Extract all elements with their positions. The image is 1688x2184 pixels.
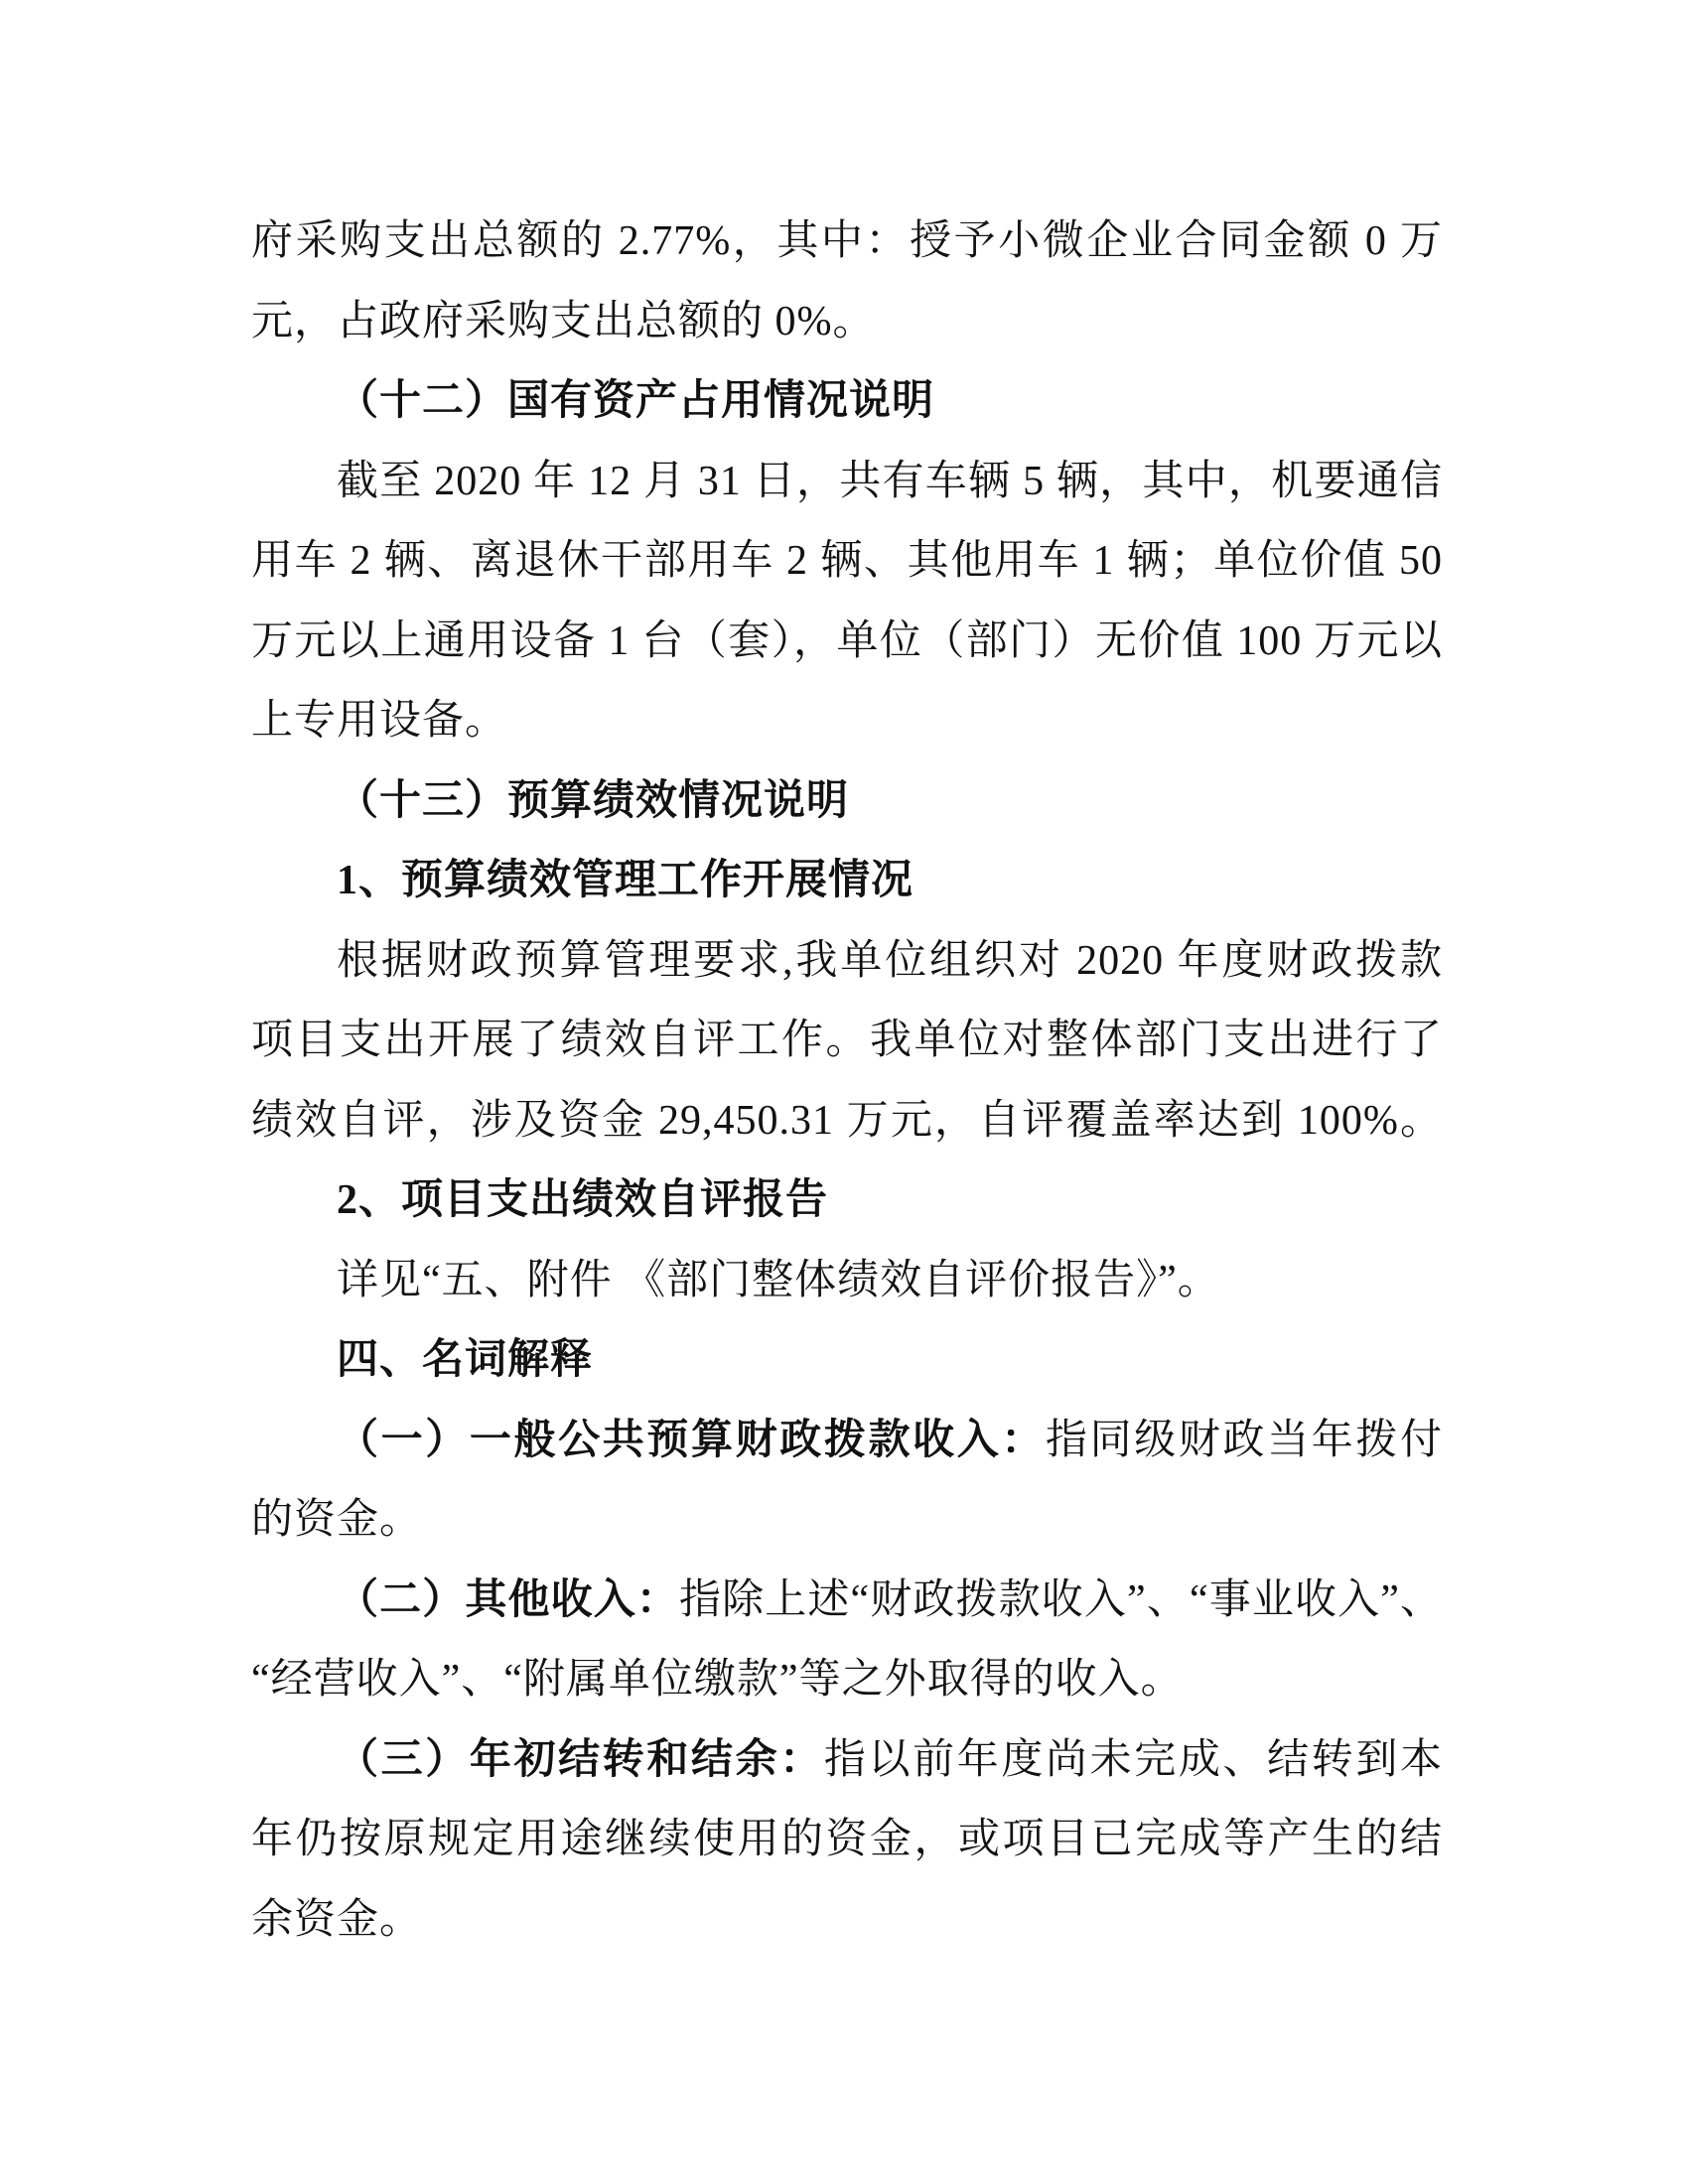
text-segment: 截至 2020 年 12 月 31 日，共有车辆 5 辆，其中，机要通信: [337, 459, 1443, 504]
text-segment: 项目支出开展了绩效自评工作。我单位对整体部门支出进行了: [251, 1018, 1443, 1063]
text-line: （一）一般公共预算财政拨款收入：指同级财政当年拨付: [251, 1401, 1443, 1481]
text-line: 截至 2020 年 12 月 31 日，共有车辆 5 辆，其中，机要通信: [251, 442, 1443, 522]
text-segment: （一）一般公共预算财政拨款收入：: [337, 1418, 1046, 1463]
text-line: 府采购支出总额的 2.77%，其中：授予小微企业合同金额 0 万: [251, 202, 1443, 282]
text-segment: 万元以上通用设备 1 台（套），单位（部门）无价值 100 万元以: [251, 618, 1443, 664]
text-segment: 指以前年度尚未完成、结转到本: [824, 1737, 1443, 1783]
text-segment: 根据财政预算管理要求,我单位组织对 2020 年度财政拨款: [337, 938, 1443, 984]
text-segment: “经营收入”、“附属单位缴款”等之外取得的收入。: [251, 1657, 1184, 1703]
section-heading: （十二）国有资产占用情况说明: [251, 361, 1443, 442]
text-line: 元，占政府采购支出总额的 0%。: [251, 282, 1443, 362]
text-block: 府采购支出总额的 2.77%，其中：授予小微企业合同金额 0 万元，占政府采购支…: [251, 202, 1443, 1960]
text-segment: （二）其他收入：: [337, 1577, 679, 1623]
text-line: 的资金。: [251, 1480, 1443, 1561]
section-heading: 2、项目支出绩效自评报告: [251, 1160, 1443, 1241]
text-segment: （十二）国有资产占用情况说明: [337, 378, 934, 424]
text-line: 用车 2 辆、离退休干部用车 2 辆、其他用车 1 辆；单位价值 50: [251, 521, 1443, 602]
section-heading: 1、预算绩效管理工作开展情况: [251, 841, 1443, 921]
text-segment: 1、预算绩效管理工作开展情况: [337, 858, 914, 903]
text-line: 余资金。: [251, 1880, 1443, 1961]
text-line: 万元以上通用设备 1 台（套），单位（部门）无价值 100 万元以: [251, 602, 1443, 682]
text-segment: 元，占政府采购支出总额的 0%。: [251, 299, 876, 344]
text-segment: 详见“五、附件 《部门整体绩效自评价报告》”。: [337, 1258, 1220, 1303]
text-segment: 指同级财政当年拨付: [1046, 1418, 1443, 1463]
section-heading: （十三）预算绩效情况说明: [251, 761, 1443, 842]
text-line: “经营收入”、“附属单位缴款”等之外取得的收入。: [251, 1640, 1443, 1720]
text-segment: （十三）预算绩效情况说明: [337, 778, 849, 824]
text-segment: 四、名词解释: [337, 1337, 593, 1383]
document-page: 府采购支出总额的 2.77%，其中：授予小微企业合同金额 0 万元，占政府采购支…: [0, 0, 1688, 2184]
text-line: 年仍按原规定用途继续使用的资金，或项目已完成等产生的结: [251, 1800, 1443, 1880]
text-line: 上专用设备。: [251, 681, 1443, 761]
text-segment: 余资金。: [251, 1897, 422, 1943]
text-segment: 2、项目支出绩效自评报告: [337, 1177, 828, 1223]
text-line: 根据财政预算管理要求,我单位组织对 2020 年度财政拨款: [251, 921, 1443, 1002]
text-line: 绩效自评，涉及资金 29,450.31 万元，自评覆盖率达到 100%。: [251, 1081, 1443, 1161]
text-segment: 绩效自评，涉及资金 29,450.31 万元，自评覆盖率达到 100%。: [251, 1098, 1443, 1144]
text-segment: 年仍按原规定用途继续使用的资金，或项目已完成等产生的结: [251, 1817, 1443, 1862]
text-line: 项目支出开展了绩效自评工作。我单位对整体部门支出进行了: [251, 1001, 1443, 1081]
text-line: （二）其他收入：指除上述“财政拨款收入”、“事业收入”、: [251, 1561, 1443, 1641]
text-segment: 上专用设备。: [251, 698, 507, 744]
text-line: 详见“五、附件 《部门整体绩效自评价报告》”。: [251, 1241, 1443, 1321]
text-segment: 府采购支出总额的 2.77%，其中：授予小微企业合同金额 0 万: [251, 218, 1443, 264]
section-heading: 四、名词解释: [251, 1320, 1443, 1401]
text-segment: 的资金。: [251, 1497, 422, 1543]
text-segment: （三）年初结转和结余：: [337, 1737, 824, 1783]
text-segment: 用车 2 辆、离退休干部用车 2 辆、其他用车 1 辆；单位价值 50: [251, 538, 1443, 584]
text-segment: 指除上述“财政拨款收入”、“事业收入”、: [679, 1577, 1443, 1623]
text-line: （三）年初结转和结余：指以前年度尚未完成、结转到本: [251, 1720, 1443, 1801]
